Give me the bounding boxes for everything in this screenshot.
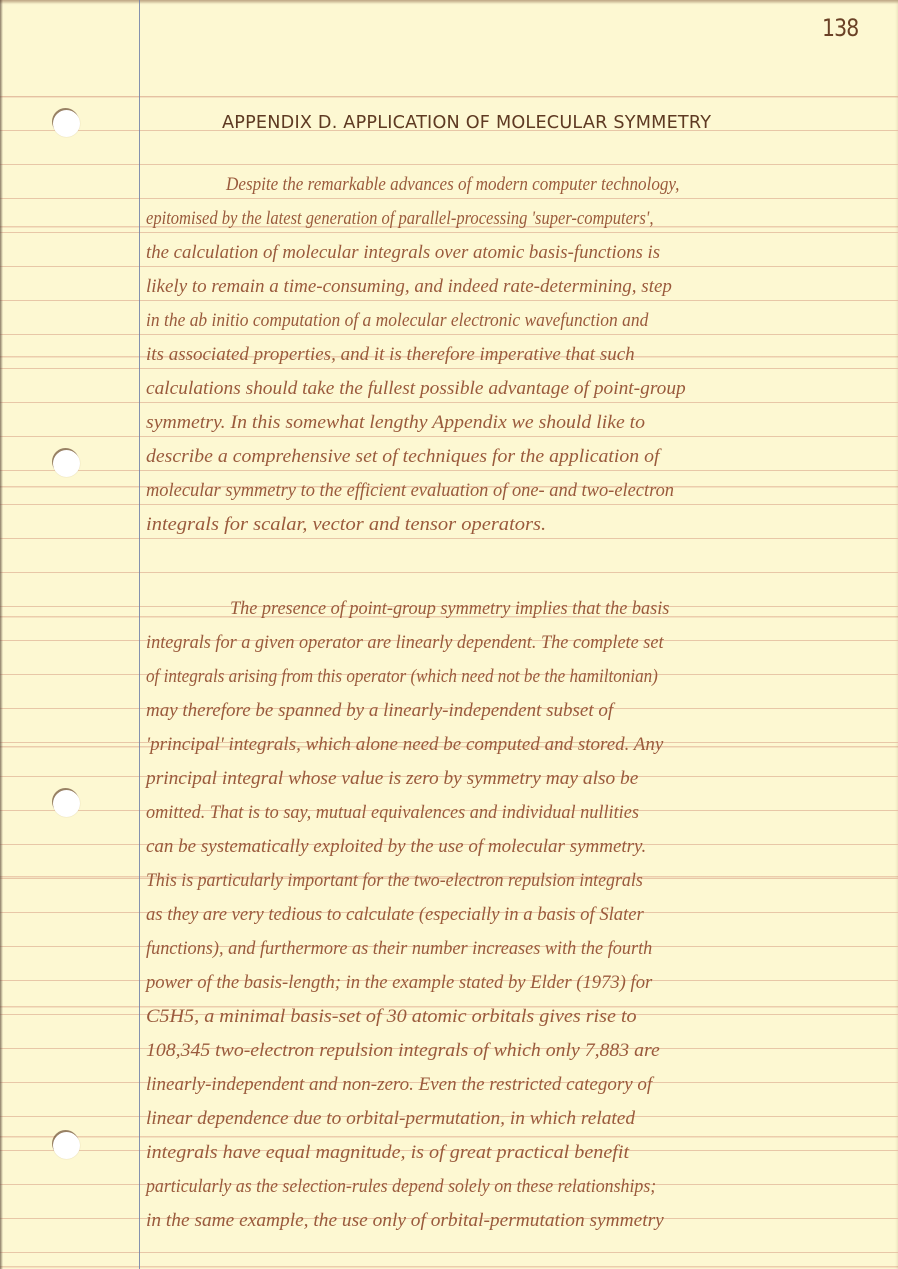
text-line: The presence of point-group symmetry imp… <box>230 592 669 626</box>
text-line: Despite the remarkable advances of moder… <box>226 168 679 202</box>
rule-line <box>0 572 898 573</box>
text-line: integrals for scalar, vector and tensor … <box>146 508 546 542</box>
punch-hole <box>53 1132 80 1159</box>
text-line: the calculation of molecular integrals o… <box>146 236 660 270</box>
text-line: may therefore be spanned by a linearly-i… <box>146 694 613 728</box>
page-top-edge <box>0 0 898 4</box>
text-line: integrals for a given operator are linea… <box>146 626 664 660</box>
text-line: calculations should take the fullest pos… <box>146 372 686 406</box>
punch-hole <box>53 450 80 477</box>
margin-line <box>139 0 140 1269</box>
page-left-edge <box>0 0 3 1269</box>
text-line: of integrals arising from this operator … <box>146 660 658 694</box>
text-line: particularly as the selection-rules depe… <box>146 1170 656 1204</box>
text-line: functions), and furthermore as their num… <box>146 932 652 966</box>
text-line: integrals have equal magnitude, is of gr… <box>146 1136 629 1170</box>
text-line: omitted. That is to say, mutual equivale… <box>146 796 639 830</box>
text-line: principal integral whose value is zero b… <box>146 762 638 796</box>
text-line: linear dependence due to orbital-permuta… <box>146 1102 635 1136</box>
text-line: likely to remain a time-consuming, and i… <box>146 270 672 304</box>
text-line: epitomised by the latest generation of p… <box>146 202 653 236</box>
text-line: in the same example, the use only of orb… <box>146 1204 664 1238</box>
punch-hole <box>53 790 80 817</box>
text-line: as they are very tedious to calculate (e… <box>146 898 644 932</box>
text-line: This is particularly important for the t… <box>146 864 643 898</box>
text-line: C5H5, a minimal basis-set of 30 atomic o… <box>146 1000 637 1034</box>
rule-line <box>0 96 898 97</box>
text-line: symmetry. In this somewhat lengthy Appen… <box>146 406 645 440</box>
rule-line <box>0 1252 898 1253</box>
text-line: molecular symmetry to the efficient eval… <box>146 474 674 508</box>
appendix-heading: APPENDIX D. APPLICATION OF MOLECULAR SYM… <box>222 112 711 133</box>
text-line: linearly-independent and non-zero. Even … <box>146 1068 652 1102</box>
rule-line <box>0 164 898 165</box>
text-line: 'principal' integrals, which alone need … <box>146 728 663 762</box>
text-line: its associated properties, and it is the… <box>146 338 635 372</box>
text-line: in the ab initio computation of a molecu… <box>146 304 648 338</box>
text-line: describe a comprehensive set of techniqu… <box>146 440 659 474</box>
text-line: power of the basis-length; in the exampl… <box>146 966 652 1000</box>
text-line: can be systematically exploited by the u… <box>146 830 646 864</box>
page-number: 138 <box>822 14 858 42</box>
notebook-page: 138 APPENDIX D. APPLICATION OF MOLECULAR… <box>0 0 898 1269</box>
text-line: 108,345 two-electron repulsion integrals… <box>146 1034 660 1068</box>
punch-hole <box>53 110 80 137</box>
